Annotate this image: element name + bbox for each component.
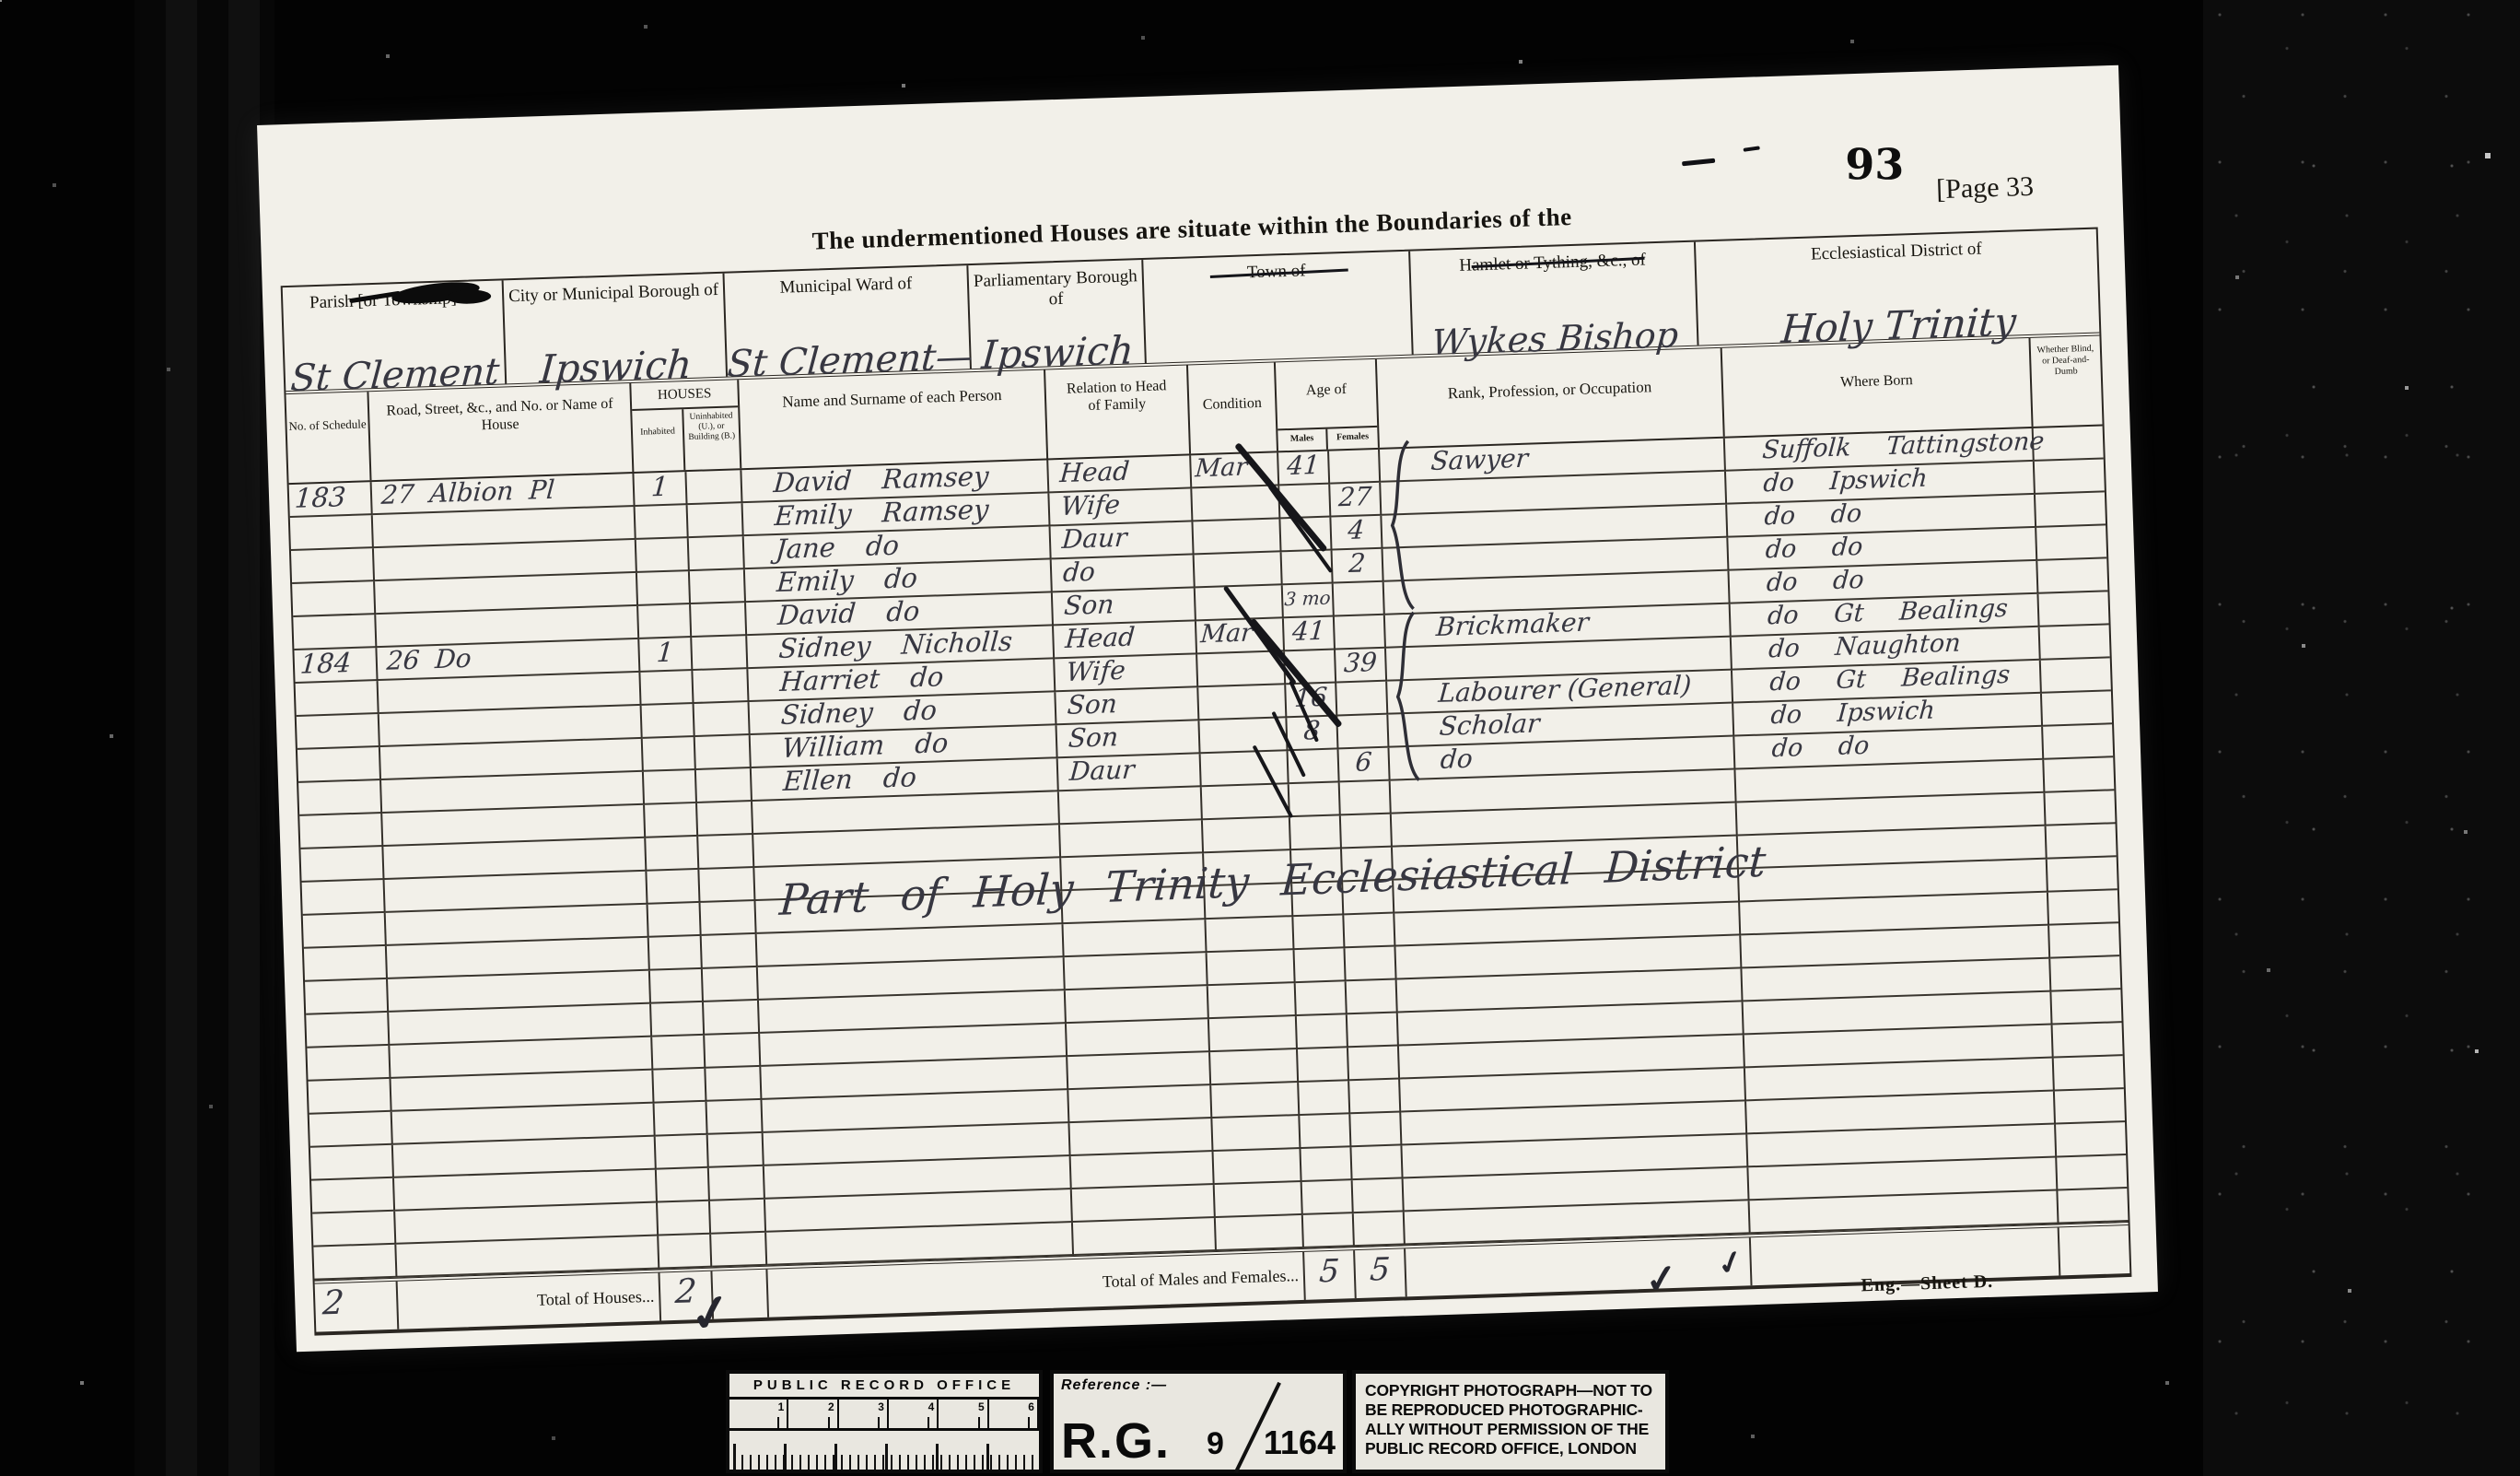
cell-age_f <box>1337 715 1389 750</box>
folio-number: 93 <box>1845 139 1904 189</box>
reference-piece: 1164 <box>1264 1423 1336 1462</box>
col-age: Age of Males Females <box>1276 359 1380 451</box>
cell-inhabited <box>644 770 697 805</box>
cell-uninhabited <box>704 1001 760 1036</box>
cell-relation <box>1073 1218 1217 1256</box>
cell-relation: Son <box>1056 687 1199 725</box>
relation-value: Son <box>1056 721 1120 755</box>
cell-uninhabited <box>709 1166 765 1201</box>
cell-age_m <box>1296 981 1347 1016</box>
born-value: do Naughton <box>1731 628 1962 667</box>
col-occupation: Rank, Profession, or Occupation <box>1377 348 1725 448</box>
cell-age_f: 39 <box>1336 649 1387 684</box>
film-right-edge <box>2203 0 2520 1476</box>
total-females-value: 5 <box>1354 1247 1406 1293</box>
cell-age_m: 41 <box>1284 616 1336 651</box>
cell-uninhabited <box>696 768 752 803</box>
cell-relation <box>1063 920 1207 957</box>
cell-age_m <box>1297 1014 1348 1049</box>
cell-condition <box>1209 1016 1298 1052</box>
born-value: do do <box>1729 565 1865 601</box>
reference-series: R.G. <box>1061 1413 1171 1469</box>
cell-age_m <box>1303 1213 1355 1248</box>
total-houses-cell: Total of Houses... <box>398 1273 662 1330</box>
copyright-stamp: COPYRIGHT PHOTOGRAPH—NOT TOBE REPRODUCED… <box>1352 1370 1669 1473</box>
ward-label: Municipal Ward of <box>724 265 967 299</box>
cell-infirm <box>2047 857 2117 892</box>
cell-uninhabited <box>692 636 748 671</box>
name-value: Emily Ramsey <box>742 494 990 533</box>
cell-schedule <box>304 946 388 982</box>
cell-age_f <box>1336 682 1388 717</box>
cell-relation <box>1071 1152 1215 1189</box>
cell-infirm <box>2040 625 2110 660</box>
born-value: do do <box>1734 731 1871 767</box>
cell-schedule <box>309 1079 392 1115</box>
film-dust-specks <box>0 0 2 2</box>
cell-schedule <box>312 1212 396 1248</box>
total-males-value: 5 <box>1303 1248 1355 1294</box>
col-females: Females <box>1327 428 1378 450</box>
parliamentary-label: Parliamentary Borough of <box>968 260 1143 312</box>
col-inhabited: Inhabited <box>632 409 685 472</box>
cell-infirm <box>2050 956 2120 991</box>
cell-inhabited <box>640 671 694 706</box>
pro-ruler-inches: 123456 <box>729 1400 1039 1431</box>
relation-value: Wife <box>1049 489 1122 523</box>
cell-uninhabited <box>705 1034 761 1069</box>
cell-inhabited <box>638 604 692 639</box>
copyright-line: COPYRIGHT PHOTOGRAPH—NOT TO <box>1365 1381 1656 1400</box>
cell-condition <box>1206 917 1294 953</box>
condition-value: Mar <box>1196 617 1254 650</box>
ecclesiastical-cell: Ecclesiastical District of Holy Trinity <box>1696 229 2099 346</box>
cell-age_f <box>1350 1112 1402 1147</box>
cell-uninhabited <box>711 1233 767 1268</box>
cell-age_f <box>1334 582 1385 617</box>
cell-condition <box>1208 983 1297 1019</box>
col-age-label: Age of <box>1276 359 1377 428</box>
cell-age_f <box>1353 1178 1405 1213</box>
pro-stamp-strip: PUBLIC RECORD OFFICE 123456 Reference :—… <box>0 1366 2520 1476</box>
cell-infirm <box>2054 1056 2124 1091</box>
cell-age_m <box>1290 815 1342 850</box>
cell-age_f: 2 <box>1333 549 1384 584</box>
ruler-inch-segment: 6 <box>989 1400 1039 1428</box>
cell-uninhabited <box>706 1067 762 1102</box>
col-name: Name and Surname of each Person <box>739 369 1048 468</box>
cell-schedule <box>310 1145 394 1181</box>
cell-schedule <box>298 780 382 816</box>
cell-schedule: 183 <box>289 482 373 518</box>
town-label: Town of <box>1143 252 1409 287</box>
col-road: Road, Street, &c., and No. or Name of Ho… <box>368 383 634 480</box>
col-condition: Condition <box>1188 362 1278 453</box>
ward-cell: Municipal Ward of St Clement— <box>724 265 971 376</box>
hamlet-cell: Hamlet or Tything, &c., of Wykes Bishop <box>1410 242 1698 355</box>
cell-infirm <box>2051 990 2121 1025</box>
cell-uninhabited <box>706 1100 763 1135</box>
relation-value: Son <box>1056 688 1119 721</box>
name-value: Jane do <box>743 530 900 567</box>
cell-relation: do <box>1052 555 1196 592</box>
cell-schedule <box>307 1046 391 1082</box>
cell-infirm <box>2035 459 2105 494</box>
cell-uninhabited <box>703 967 759 1002</box>
cell-relation: Daur <box>1058 754 1202 791</box>
cell-relation <box>1068 1085 1212 1123</box>
cell-condition <box>1211 1083 1300 1119</box>
cell-relation: Wife <box>1049 488 1193 526</box>
cell-uninhabited <box>688 503 744 538</box>
cell-infirm <box>2045 791 2115 826</box>
relation-value: Daur <box>1057 755 1136 789</box>
name-value: William do <box>750 727 950 765</box>
ruler-inch-segment: 4 <box>889 1400 939 1428</box>
reference-class: 9 <box>1207 1426 1224 1462</box>
inhabited-value: 1 <box>634 470 686 503</box>
col-uninhabited: Uninhabited (U.), or Building (B.) <box>683 407 740 470</box>
cell-infirm <box>2044 757 2114 792</box>
total-houses-label: Total of Houses... <box>398 1273 659 1328</box>
sheet-note: Eng.—Sheet D. <box>1861 1271 1993 1297</box>
empty-cell <box>2059 1225 2130 1275</box>
ruler-inch-segment: 5 <box>939 1400 988 1428</box>
parish-cell: Parish [or Township] of St Clement <box>283 280 507 391</box>
address-value: 26 Do <box>377 643 472 677</box>
cell-schedule <box>300 847 384 883</box>
ruler-inch-segment: 2 <box>788 1400 838 1428</box>
borough-cell: City or Municipal Borough of Ipswich <box>504 274 728 384</box>
cell-age_f <box>1329 450 1381 485</box>
cell-relation <box>1065 953 1208 990</box>
name-value: David do <box>745 595 920 632</box>
town-cell: Town of <box>1143 252 1413 363</box>
address-value: 27 Albion Pl <box>371 474 556 511</box>
cell-inhabited <box>645 803 698 838</box>
cell-age_f <box>1344 914 1395 949</box>
parliamentary-cell: Parliamentary Borough of Ipswich <box>968 260 1147 369</box>
cell-schedule <box>291 548 375 584</box>
cell-inhabited <box>653 1069 706 1104</box>
age_f-value: 4 <box>1331 514 1382 547</box>
pen-dash <box>1682 158 1715 167</box>
col-infirm: Whether Blind, or Deaf-and-Dumb <box>2030 336 2102 427</box>
cell-schedule <box>292 581 376 617</box>
schedule-value: 183 <box>288 481 347 514</box>
cell-schedule <box>297 747 381 783</box>
cell-age_m: 41 <box>1278 451 1330 486</box>
cell-relation <box>1066 986 1209 1024</box>
cell-infirm <box>2034 426 2104 461</box>
ruler-inch-segment: 3 <box>839 1400 889 1428</box>
cell-schedule: 184 <box>294 648 378 684</box>
cell-uninhabited <box>702 934 758 969</box>
cell-infirm <box>2058 1189 2128 1224</box>
cell-inhabited <box>643 737 696 772</box>
cell-inhabited <box>650 969 704 1004</box>
pro-ruler-title: PUBLIC RECORD OFFICE <box>729 1374 1039 1400</box>
hamlet-label: Hamlet or Tything, &c., of <box>1410 242 1695 278</box>
relation-value: do <box>1051 556 1096 590</box>
cell-age_f <box>1347 1013 1399 1048</box>
cell-infirm <box>2041 658 2111 693</box>
relation-value: Head <box>1053 621 1136 655</box>
cell-infirm <box>2036 525 2106 560</box>
cell-relation <box>1067 1052 1211 1090</box>
cell-age_f: 4 <box>1331 516 1382 551</box>
cell-infirm <box>2049 923 2119 958</box>
copyright-line: BE REPRODUCED PHOTOGRAPHIC- <box>1365 1400 1656 1420</box>
cell-infirm <box>2042 691 2112 726</box>
relation-value: Head <box>1047 456 1130 490</box>
cell-age_m <box>1298 1048 1349 1083</box>
cell-condition <box>1212 1116 1301 1152</box>
cell-relation <box>1059 787 1203 825</box>
cell-schedule <box>297 714 380 750</box>
cell-age_f <box>1345 947 1396 982</box>
cell-infirm <box>2038 592 2108 627</box>
cell-condition <box>1199 718 1288 754</box>
age_f-value: 2 <box>1332 547 1382 580</box>
cell-inhabited <box>637 571 691 606</box>
cell-infirm <box>2036 492 2106 527</box>
cell-uninhabited <box>699 868 755 903</box>
cell-schedule <box>290 515 374 551</box>
ecclesiastical-label: Ecclesiastical District of <box>1696 229 2097 269</box>
cell-schedule <box>303 913 387 949</box>
cell-inhabited <box>642 704 695 739</box>
schedule-value: 184 <box>294 647 353 680</box>
cell-age_m <box>1301 1147 1352 1182</box>
page-number: [Page 33 <box>1936 171 2035 205</box>
cell-condition <box>1215 1182 1303 1218</box>
cell-age_m <box>1300 1114 1351 1149</box>
born-value: do Ipswich <box>1725 463 1929 501</box>
cell-relation: Head <box>1054 621 1197 659</box>
cell-schedule <box>293 615 377 650</box>
age_f-value: 39 <box>1335 647 1385 680</box>
cell-condition <box>1195 552 1283 588</box>
cell-inhabited <box>656 1135 709 1170</box>
col-relation: Relation to Head of Family <box>1045 365 1191 458</box>
cell-inhabited <box>657 1168 710 1203</box>
cell-condition <box>1193 519 1281 555</box>
copyright-line: PUBLIC RECORD OFFICE, LONDON <box>1365 1439 1656 1458</box>
reference-value: R.G. 9 1164 <box>1061 1412 1337 1470</box>
cell-condition <box>1216 1215 1304 1251</box>
ruler-inch-segment: 1 <box>739 1400 788 1428</box>
cell-schedule <box>296 681 379 717</box>
pro-ruler-stamp: PUBLIC RECORD OFFICE 123456 <box>726 1370 1043 1473</box>
cell-schedule <box>306 1013 390 1048</box>
name-value: Emily do <box>744 562 918 599</box>
cell-inhabited <box>647 870 700 905</box>
cell-condition <box>1201 751 1289 787</box>
col-born: Where Born <box>1722 338 2034 437</box>
census-form: Parish [or Township] of St Clement City … <box>281 228 2132 1336</box>
cell-uninhabited <box>698 835 754 870</box>
cell-relation: Daur <box>1051 521 1195 559</box>
cell-age_f <box>1341 814 1393 849</box>
age_f-value: 27 <box>1329 481 1380 514</box>
cell-uninhabited <box>694 702 751 737</box>
cell-age_f <box>1347 980 1398 1015</box>
cell-schedule <box>309 1112 393 1148</box>
cell-infirm <box>2057 1155 2127 1190</box>
microfilm-frame: { "header": { "title": "The undermention… <box>0 0 2520 1476</box>
reference-stamp: Reference :— R.G. 9 1164 <box>1050 1370 1347 1473</box>
cell-uninhabited <box>695 735 752 770</box>
cell-condition <box>1210 1049 1299 1085</box>
age_m-value: 41 <box>1277 450 1328 483</box>
age_f-value: 6 <box>1338 746 1389 779</box>
age_m-value: 41 <box>1283 615 1334 649</box>
household-brace <box>1390 610 1423 784</box>
cell-infirm <box>2048 890 2118 925</box>
cell-schedule <box>311 1178 395 1214</box>
empty-cell <box>1406 1237 1752 1296</box>
cell-age_m: 3 mo <box>1283 584 1335 619</box>
cell-inhabited <box>658 1201 711 1236</box>
cell-relation <box>1069 1119 1213 1156</box>
entry-rows: 18327 Albion Pl1David RamseyHeadMar41Saw… <box>289 426 2129 1280</box>
cell-relation: Head <box>1048 455 1192 493</box>
cell-age_m <box>1289 782 1341 817</box>
cell-inhabited <box>649 936 703 971</box>
cell-age_m <box>1295 948 1347 983</box>
cell-inhabited <box>655 1102 708 1137</box>
cell-uninhabited <box>689 536 745 571</box>
cell-age_f <box>1348 1046 1400 1081</box>
born-value: do do <box>1728 532 1864 568</box>
cell-inhabited <box>646 837 699 872</box>
cell-age_f <box>1335 615 1386 650</box>
relation-value: Daur <box>1050 522 1128 556</box>
born-value: do Ipswich <box>1732 695 1936 732</box>
cell-schedule <box>313 1245 397 1281</box>
cell-condition <box>1192 486 1280 521</box>
cell-inhabited <box>652 1036 706 1071</box>
cell-uninhabited <box>710 1200 766 1235</box>
cell-inhabited <box>648 903 702 938</box>
col-males: Males <box>1277 429 1328 451</box>
cell-schedule <box>305 979 389 1015</box>
cell-uninhabited <box>708 1133 764 1168</box>
total-females-cell: 5 <box>1355 1248 1407 1298</box>
cell-relation <box>1067 1019 1210 1057</box>
schedule-total-value: 2 <box>314 1282 345 1327</box>
cell-condition <box>1207 950 1296 986</box>
cell-uninhabited <box>693 669 749 704</box>
inhabited-value: 1 <box>639 636 692 669</box>
name-value: Sidney do <box>749 694 939 732</box>
cell-age_f <box>1351 1145 1403 1180</box>
copyright-line: ALLY WITHOUT PERMISSION OF THE <box>1365 1420 1656 1439</box>
relation-value: Son <box>1052 589 1115 622</box>
schedule-total-cell: 2 <box>315 1282 400 1332</box>
cell-inhabited <box>659 1235 712 1270</box>
cell-relation <box>1072 1185 1216 1223</box>
col-schedule: No. of Schedule <box>286 392 371 483</box>
cell-infirm <box>2056 1122 2126 1157</box>
cell-inhabited <box>636 505 689 540</box>
cell-relation: Son <box>1057 720 1201 758</box>
cell-inhabited: 1 <box>634 472 687 507</box>
cell-age_f: 27 <box>1330 483 1382 518</box>
reference-label: Reference :— <box>1061 1377 1336 1394</box>
household-brace <box>1384 439 1417 613</box>
name-value: Ellen do <box>751 761 917 798</box>
cell-condition <box>1203 817 1291 853</box>
cell-infirm <box>2055 1089 2125 1124</box>
cell-age_f <box>1340 781 1392 816</box>
cell-age_f <box>1354 1212 1406 1247</box>
pen-dash <box>1744 146 1760 151</box>
cell-uninhabited <box>686 470 742 505</box>
pro-ruler-ticks <box>729 1431 1039 1470</box>
cell-inhabited <box>636 538 690 573</box>
col-houses-label: HOUSES <box>631 380 738 411</box>
cell-schedule <box>299 814 383 849</box>
born-value: do do <box>1726 498 1862 534</box>
cell-infirm <box>2037 558 2107 593</box>
cell-uninhabited <box>690 569 746 604</box>
cell-uninhabited <box>697 802 753 837</box>
total-males-cell: 5 <box>1304 1250 1357 1300</box>
cell-age_m <box>1293 915 1345 950</box>
check-mark: ✓ <box>1642 1254 1680 1303</box>
age_m-value: 3 mo <box>1282 582 1333 615</box>
borough-label: City or Municipal Borough of <box>504 274 724 308</box>
cell-infirm <box>2053 1023 2123 1058</box>
condition-value: Mar <box>1190 451 1248 485</box>
census-page: The undermentioned Houses are situate wi… <box>257 65 2158 1353</box>
cell-infirm <box>2047 824 2117 859</box>
cell-age_m <box>1302 1180 1354 1215</box>
cell-inhabited: 1 <box>639 638 693 673</box>
cell-uninhabited <box>701 901 757 936</box>
cell-condition <box>1214 1149 1302 1185</box>
col-houses: HOUSES Inhabited Uninhabited (U.), or Bu… <box>631 380 741 472</box>
cell-uninhabited <box>691 603 747 638</box>
cell-schedule <box>302 880 386 916</box>
cell-inhabited <box>651 1002 705 1037</box>
film-left-edge <box>134 0 274 1476</box>
cell-relation <box>1060 820 1204 858</box>
cell-relation: Son <box>1053 588 1196 626</box>
cell-age_f: 6 <box>1339 748 1391 783</box>
cell-relation: Wife <box>1055 654 1198 692</box>
relation-value: Wife <box>1054 655 1126 689</box>
cell-infirm <box>2043 724 2113 759</box>
cell-age_f <box>1349 1079 1401 1114</box>
cell-age_m <box>1299 1081 1350 1116</box>
name-value: Harriet do <box>748 661 945 698</box>
